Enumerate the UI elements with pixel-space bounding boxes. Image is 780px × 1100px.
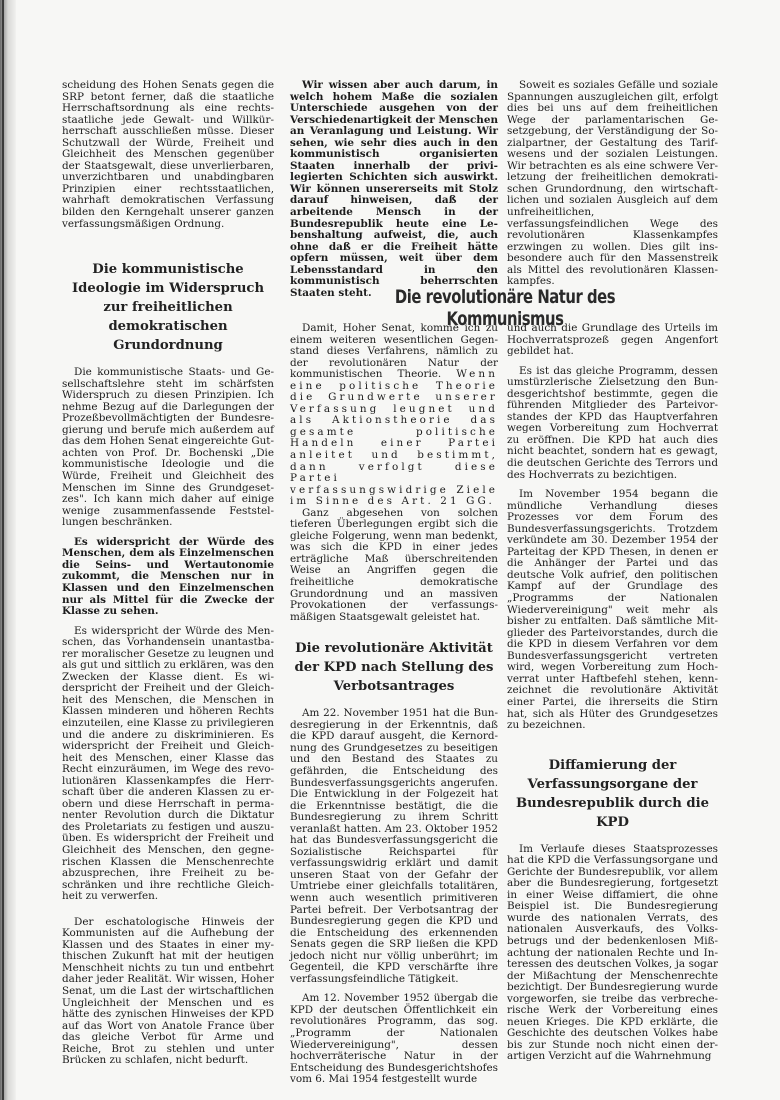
paragraph: Ganz abgesehen von solchen tieferen Über… xyxy=(290,508,498,623)
bold-paragraph: Es widerspricht der Würde des Men­schen,… xyxy=(62,537,274,618)
spaced-emphasis: Wenn eine politi­sche Theorie die Grundw… xyxy=(290,368,498,507)
paragraph: Es widerspricht der Würde des Men­schen,… xyxy=(62,626,274,903)
paragraph: Am 22. November 1951 hat die Bun­desregi… xyxy=(290,708,498,985)
paragraph: Damit, Hoher Senat, komme ich zu einem w… xyxy=(290,323,498,508)
section-heading-activity: Die revolutionäre Aktivität der KPD nach… xyxy=(290,639,498,696)
scan-binding-line xyxy=(2,0,4,1100)
paragraph: Der eschatologische Hinweis der Kommunis… xyxy=(62,917,274,1067)
paragraph: Die kommunistische Staats- und Ge­sellsc… xyxy=(62,367,274,529)
column-1: scheidung des Hohen Senats gegen die SRP… xyxy=(62,80,274,1075)
paragraph: scheidung des Hohen Senats gegen die SRP… xyxy=(62,80,274,230)
column-2-bottom: Damit, Hoher Senat, komme ich zu einem w… xyxy=(290,323,498,1094)
bold-paragraph: Wir wissen aber auch darum, in welch hoh… xyxy=(290,80,498,299)
column-3-bottom: und auch die Grundlage des Urteils im Ho… xyxy=(507,323,718,1071)
section-heading-ideology: Die kommunistische Ideologie im Widerspr… xyxy=(62,260,274,355)
column-2-top: Wir wissen aber auch darum, in welch hoh… xyxy=(290,80,498,307)
section-heading-defamation: Diffamierung der Verfassungs­organe der … xyxy=(507,756,718,832)
paragraph: Im November 1954 begann die münd­liche V… xyxy=(507,489,718,731)
paragraph: Am 12. November 1952 übergab die KPD der… xyxy=(290,993,498,1085)
column-3-top: Soweit es soziales Gefälle und so­ziale … xyxy=(507,80,718,296)
paragraph: und auch die Grundlage des Urteils im Ho… xyxy=(507,323,718,358)
paragraph: Soweit es soziales Gefälle und so­ziale … xyxy=(507,80,718,288)
paragraph: Im Verlaufe dieses Staatsprozesses hat d… xyxy=(507,844,718,1063)
paragraph: Es ist das gleiche Programm, dessen umst… xyxy=(507,366,718,481)
